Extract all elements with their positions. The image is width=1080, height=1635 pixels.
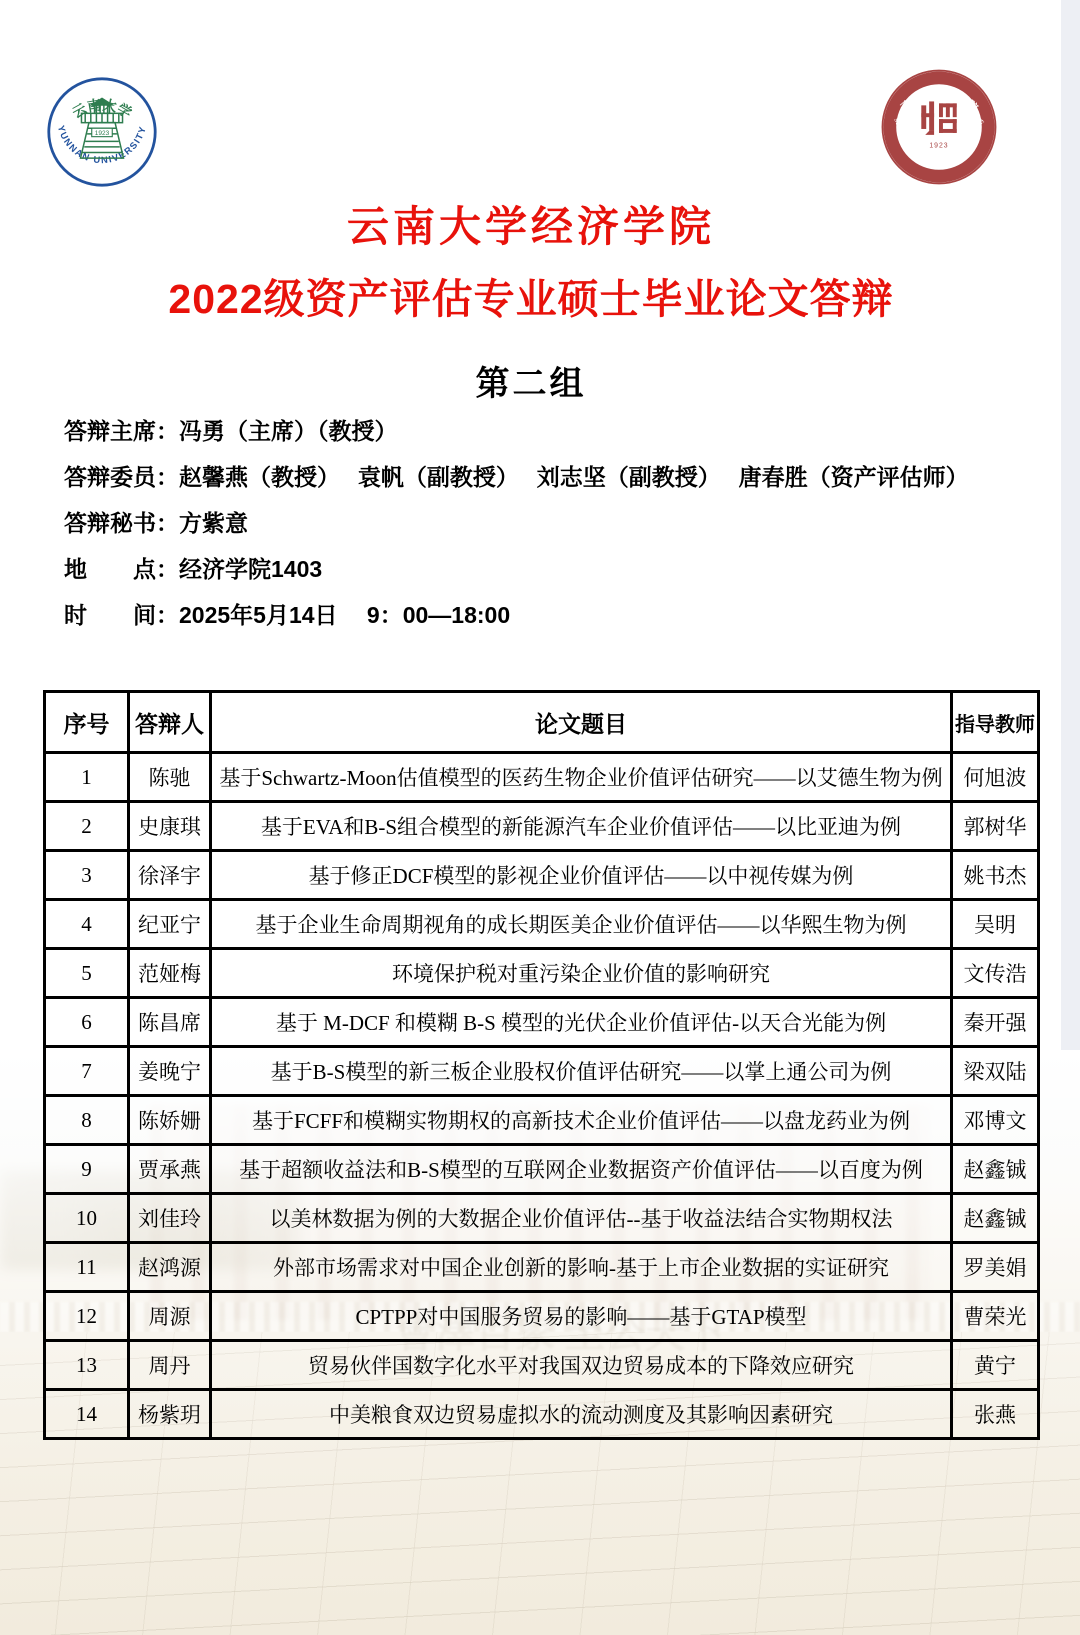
info-row-chair: 答辩主席： 冯勇（主席）（教授） (64, 408, 1034, 454)
table-row: 4纪亚宁基于企业生命周期视角的成长期医美企业价值评估——以华熙生物为例吴明 (45, 900, 1039, 949)
left-logo-year: 1923 (95, 130, 110, 137)
header-thesis-title: 论文题目 (211, 692, 952, 753)
advisor-name: 罗美娟 (952, 1243, 1039, 1292)
page-title-line2: 2022级资产评估专业硕士毕业论文答辩 (0, 266, 1062, 325)
thesis-title: 中美粮食双边贸易虚拟水的流动测度及其影响因素研究 (211, 1390, 952, 1439)
defender-name: 范娅梅 (129, 949, 211, 998)
table-row: 12周源CPTPP对中国服务贸易的影响——基于GTAP模型曹荣光 (45, 1292, 1039, 1341)
advisor-name: 吴明 (952, 900, 1039, 949)
table-row: 2史康琪基于EVA和B-S组合模型的新能源汽车企业价值评估——以比亚迪为例郭树华 (45, 802, 1039, 851)
table-header-row: 序号 答辩人 论文题目 指导教师 (45, 692, 1039, 753)
advisor-name: 郭树华 (952, 802, 1039, 851)
thesis-title: 基于修正DCF模型的影视企业价值评估——以中视传媒为例 (211, 851, 952, 900)
table-row: 14杨紫玥中美粮食双边贸易虚拟水的流动测度及其影响因素研究张燕 (45, 1390, 1039, 1439)
row-index: 5 (45, 949, 129, 998)
row-index: 4 (45, 900, 129, 949)
defense-info-block: 答辩主席： 冯勇（主席）（教授） 答辩委员： 赵馨燕（教授） 袁帆（副教授） 刘… (64, 408, 1034, 638)
yunnan-university-logo: 云南大学 YUNNAN UNIVERSITY 1923 (46, 76, 158, 188)
header-advisor: 指导教师 (952, 692, 1039, 753)
group-title: 第二组 (0, 356, 1062, 405)
secretary-value: 方紫意 (179, 500, 248, 546)
table-row: 11赵鸿源外部市场需求对中国企业创新的影响-基于上市企业数据的实证研究罗美娟 (45, 1243, 1039, 1292)
advisor-name: 赵鑫铖 (952, 1194, 1039, 1243)
thesis-title: 基于企业生命周期视角的成长期医美企业价值评估——以华熙生物为例 (211, 900, 952, 949)
table-row: 10刘佳玲以美林数据为例的大数据企业价值评估--基于收益法结合实物期权法赵鑫铖 (45, 1194, 1039, 1243)
advisor-name: 梁双陆 (952, 1047, 1039, 1096)
thesis-title: 贸易伙伴国数字化水平对我国双边贸易成本的下降效应研究 (211, 1341, 952, 1390)
table-row: 8陈娇姗基于FCFF和模糊实物期权的高新技术企业价值评估——以盘龙药业为例邓博文 (45, 1096, 1039, 1145)
defender-name: 陈驰 (129, 753, 211, 802)
defender-name: 赵鸿源 (129, 1243, 211, 1292)
thesis-title: 外部市场需求对中国企业创新的影响-基于上市企业数据的实证研究 (211, 1243, 952, 1292)
location-label: 地 点： (64, 546, 179, 592)
chair-label: 答辩主席： (64, 408, 179, 454)
advisor-name: 赵鑫铖 (952, 1145, 1039, 1194)
advisor-name: 曹荣光 (952, 1292, 1039, 1341)
row-index: 8 (45, 1096, 129, 1145)
time-label: 时 间： (64, 592, 179, 638)
table-row: 3徐泽宇基于修正DCF模型的影视企业价值评估——以中视传媒为例姚书杰 (45, 851, 1039, 900)
row-index: 13 (45, 1341, 129, 1390)
defender-name: 杨紫玥 (129, 1390, 211, 1439)
school-of-economics-logo: 云南大学经济学院 School of Economics ,Yunnan Uni… (880, 68, 998, 186)
header-defender: 答辩人 (129, 692, 211, 753)
defense-schedule-page: 會澤百家 至公天下 云南大学 YUNNAN UNIVERSITY 1923 (0, 0, 1080, 1635)
thesis-title: 以美林数据为例的大数据企业价值评估--基于收益法结合实物期权法 (211, 1194, 952, 1243)
row-index: 2 (45, 802, 129, 851)
row-index: 9 (45, 1145, 129, 1194)
defense-schedule-table: 序号 答辩人 论文题目 指导教师 1陈驰基于Schwartz-Moon估值模型的… (43, 690, 1040, 1440)
chair-value: 冯勇（主席）（教授） (179, 408, 398, 454)
committee-label: 答辩委员： (64, 454, 179, 500)
info-row-time: 时 间： 2025年5月14日 9：00—18:00 (64, 592, 1034, 638)
thesis-title: CPTPP对中国服务贸易的影响——基于GTAP模型 (211, 1292, 952, 1341)
defender-name: 徐泽宇 (129, 851, 211, 900)
thesis-title: 基于超额收益法和B-S模型的互联网企业数据资产价值评估——以百度为例 (211, 1145, 952, 1194)
thesis-title: 基于FCFF和模糊实物期权的高新技术企业价值评估——以盘龙药业为例 (211, 1096, 952, 1145)
thesis-title: 基于B-S模型的新三板企业股权价值评估研究——以掌上通公司为例 (211, 1047, 952, 1096)
defense-table-body: 1陈驰基于Schwartz-Moon估值模型的医药生物企业价值评估研究——以艾德… (45, 753, 1039, 1439)
thesis-title: 基于Schwartz-Moon估值模型的医药生物企业价值评估研究——以艾德生物为… (211, 753, 952, 802)
defender-name: 周丹 (129, 1341, 211, 1390)
defender-name: 贾承燕 (129, 1145, 211, 1194)
table-row: 1陈驰基于Schwartz-Moon估值模型的医药生物企业价值评估研究——以艾德… (45, 753, 1039, 802)
defender-name: 史康琪 (129, 802, 211, 851)
secretary-label: 答辩秘书： (64, 500, 179, 546)
row-index: 14 (45, 1390, 129, 1439)
advisor-name: 黄宁 (952, 1341, 1039, 1390)
thesis-title: 环境保护税对重污染企业价值的影响研究 (211, 949, 952, 998)
row-index: 6 (45, 998, 129, 1047)
committee-value: 赵馨燕（教授） 袁帆（副教授） 刘志坚（副教授） 唐春胜（资产评估师） (179, 454, 969, 500)
row-index: 10 (45, 1194, 129, 1243)
table-row: 7姜晚宁基于B-S模型的新三板企业股权价值评估研究——以掌上通公司为例梁双陆 (45, 1047, 1039, 1096)
advisor-name: 张燕 (952, 1390, 1039, 1439)
thesis-title: 基于EVA和B-S组合模型的新能源汽车企业价值评估——以比亚迪为例 (211, 802, 952, 851)
advisor-name: 邓博文 (952, 1096, 1039, 1145)
location-value: 经济学院1403 (179, 546, 322, 592)
row-index: 1 (45, 753, 129, 802)
row-index: 12 (45, 1292, 129, 1341)
advisor-name: 姚书杰 (952, 851, 1039, 900)
defender-name: 陈娇姗 (129, 1096, 211, 1145)
table-row: 6陈昌席基于 M-DCF 和模糊 B-S 模型的光伏企业价值评估-以天合光能为例… (45, 998, 1039, 1047)
advisor-name: 文传浩 (952, 949, 1039, 998)
viewport-right-strip (1061, 0, 1080, 1635)
right-logo-year: 1923 (929, 143, 948, 150)
defender-name: 周源 (129, 1292, 211, 1341)
info-row-location: 地 点： 经济学院1403 (64, 546, 1034, 592)
table-row: 5范娅梅环境保护税对重污染企业价值的影响研究文传浩 (45, 949, 1039, 998)
advisor-name: 何旭波 (952, 753, 1039, 802)
row-index: 3 (45, 851, 129, 900)
advisor-name: 秦开强 (952, 998, 1039, 1047)
info-row-committee: 答辩委员： 赵馨燕（教授） 袁帆（副教授） 刘志坚（副教授） 唐春胜（资产评估师… (64, 454, 1034, 500)
time-value: 2025年5月14日 9：00—18:00 (179, 592, 510, 638)
defender-name: 姜晚宁 (129, 1047, 211, 1096)
row-index: 7 (45, 1047, 129, 1096)
thesis-title: 基于 M-DCF 和模糊 B-S 模型的光伏企业价值评估-以天合光能为例 (211, 998, 952, 1047)
table-row: 9贾承燕基于超额收益法和B-S模型的互联网企业数据资产价值评估——以百度为例赵鑫… (45, 1145, 1039, 1194)
defender-name: 纪亚宁 (129, 900, 211, 949)
info-row-secretary: 答辩秘书： 方紫意 (64, 500, 1034, 546)
row-index: 11 (45, 1243, 129, 1292)
header-index: 序号 (45, 692, 129, 753)
page-title-line1: 云南大学经济学院 (0, 194, 1062, 254)
defender-name: 陈昌席 (129, 998, 211, 1047)
defender-name: 刘佳玲 (129, 1194, 211, 1243)
table-row: 13周丹贸易伙伴国数字化水平对我国双边贸易成本的下降效应研究黄宁 (45, 1341, 1039, 1390)
